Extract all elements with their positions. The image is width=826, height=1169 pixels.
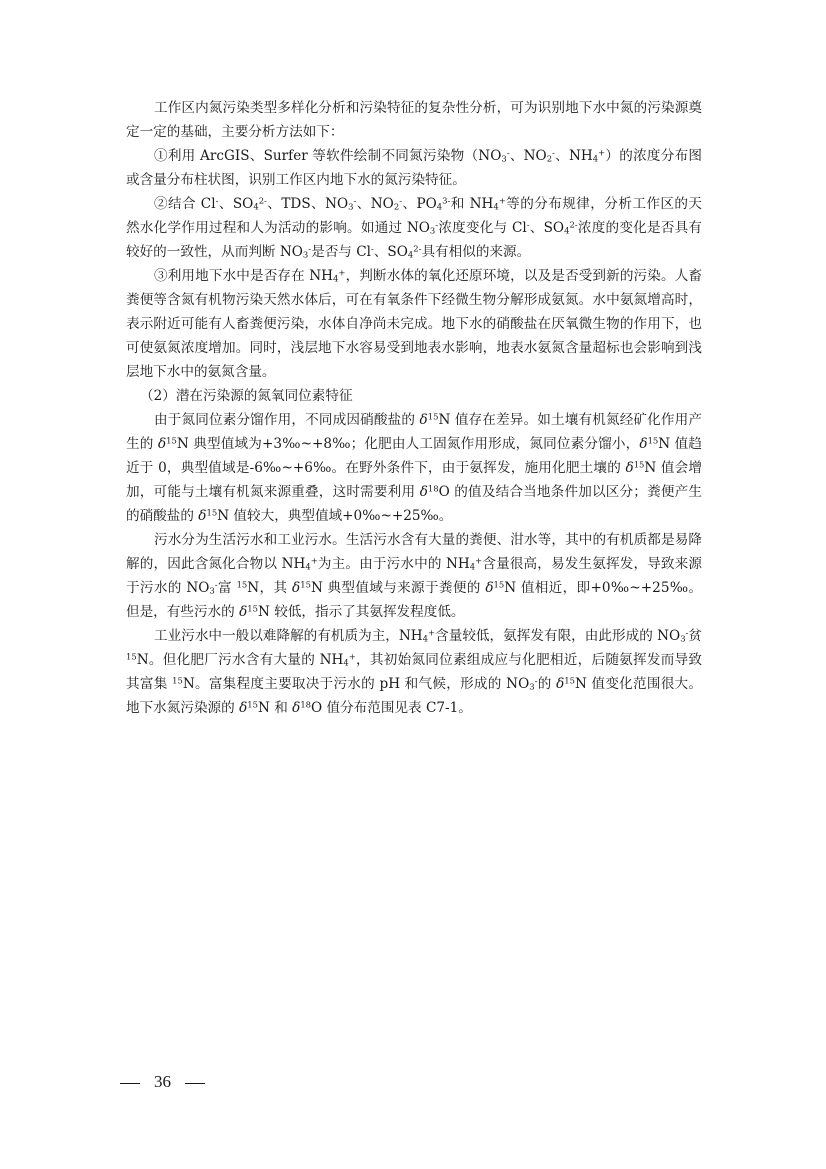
body-text: 工作区内氮污染类型多样化分析和污染特征的复杂性分析，可为识别地下水中氮的污染源奠… xyxy=(126,96,702,720)
text-run: ①利用 ArcGIS、Surfer 等软件绘制不同氮污染物（NO xyxy=(154,148,501,164)
text-run: 是否与 Cl xyxy=(311,244,371,260)
paragraph-isotope-sources: 由于氮同位素分馏作用，不同成因硝酸盐的 δ15N 值存在差异。如土壤有机氮经矿化… xyxy=(126,408,702,528)
superscript: 15 xyxy=(247,603,258,613)
text-run: 浓度变化与 Cl xyxy=(438,220,527,236)
text-run: 、SO xyxy=(218,196,253,212)
superscript: + xyxy=(349,651,356,661)
paragraph-intro: 工作区内氮污染类型多样化分析和污染特征的复杂性分析，可为识别地下水中氮的污染源奠… xyxy=(126,96,702,144)
delta-symbol: δ xyxy=(639,436,647,452)
superscript: 15 xyxy=(237,579,248,589)
text-run: 、PO xyxy=(402,196,437,212)
text-run: O 值分布范围见表 C7-1。 xyxy=(311,700,472,716)
text-run: 工业污水中一般以难降解的有机质为主，NH xyxy=(154,628,423,644)
superscript: 15 xyxy=(300,579,311,589)
text-run: 、SO xyxy=(530,220,565,236)
superscript: 2- xyxy=(259,195,267,205)
text-run: 的 xyxy=(537,676,556,692)
superscript: + xyxy=(499,195,506,205)
text-run: N。富集程度主要取决于污水的 pH 和气候，形成的 NO xyxy=(183,676,529,692)
delta-symbol: δ xyxy=(420,412,428,428)
superscript: 15 xyxy=(166,435,177,445)
text-run: （2）潜在污染源的氮氧同位素特征 xyxy=(140,388,353,404)
footer-dash-left xyxy=(120,1083,140,1084)
text-run: 、NO xyxy=(510,148,547,164)
text-run: 、NH xyxy=(555,148,593,164)
paragraph-method-1: ①利用 ArcGIS、Surfer 等软件绘制不同氮污染物（NO3-、NO2-、… xyxy=(126,144,702,192)
text-run: 和 NH xyxy=(450,196,493,212)
superscript: 18 xyxy=(428,483,439,493)
superscript: 15 xyxy=(172,675,183,685)
footer-dash-right xyxy=(185,1083,205,1084)
text-run: 、TDS、NO xyxy=(267,196,348,212)
text-run: 为主。由于污水中的 NH xyxy=(318,556,470,572)
paragraph-method-2: ②结合 Cl-、SO42-、TDS、NO3-、NO2-、PO43-和 NH4+等… xyxy=(126,192,702,264)
text-run: 贫 xyxy=(688,628,702,644)
text-run: N。但化肥厂污水含有大量的 NH xyxy=(137,652,344,668)
delta-symbol: δ xyxy=(626,460,634,476)
superscript: + xyxy=(311,555,318,565)
delta-symbol: δ xyxy=(420,484,428,500)
text-run: ③利用地下水中是否存在 NH xyxy=(154,268,333,284)
text-run: 、NO xyxy=(356,196,393,212)
text-run: N 典型值域与来源于粪便的 xyxy=(311,580,485,596)
text-run: 由于氮同位素分馏作用，不同成因硝酸盐的 xyxy=(154,412,420,428)
paragraph-industrial: 工业污水中一般以难降解的有机质为主，NH4+含量较低，氨挥发有限，由此形成的 N… xyxy=(126,624,702,720)
superscript: 18 xyxy=(300,699,311,709)
text-run: 、SO xyxy=(374,244,408,260)
superscript: 15 xyxy=(564,675,575,685)
paragraph-sewage: 污水分为生活污水和工业污水。生活污水含有大量的粪便、泔水等，其中的有机质都是易降… xyxy=(126,528,702,624)
superscript: 15 xyxy=(428,411,439,421)
text-run: 工作区内氮污染类型多样化分析和污染特征的复杂性分析，可为识别地下水中氮的污染源奠… xyxy=(126,100,702,140)
superscript: 15 xyxy=(126,651,137,661)
superscript: 15 xyxy=(247,699,258,709)
text-run: N 值较大，典型值域+0‰~+25‰。 xyxy=(217,508,452,524)
page-number: 36 xyxy=(154,1072,171,1092)
superscript: 2- xyxy=(569,219,577,229)
text-run: ，判断水体的氧化还原环境，以及是否受到新的污染。人畜粪便等含氮有机物污染天然水体… xyxy=(126,268,702,380)
delta-symbol: δ xyxy=(292,580,300,596)
text-run: ②结合 Cl xyxy=(154,196,216,212)
superscript: 15 xyxy=(648,435,659,445)
text-run: 含量较低，氨挥发有限，由此形成的 NO xyxy=(435,628,680,644)
text-run: 具有相似的来源。 xyxy=(421,244,530,260)
delta-symbol: δ xyxy=(485,580,493,596)
superscript: 15 xyxy=(634,459,645,469)
text-run: N，其 xyxy=(247,580,292,596)
superscript: 15 xyxy=(206,507,217,517)
text-run: N 和 xyxy=(258,700,292,716)
superscript: 15 xyxy=(494,579,505,589)
section-heading: （2）潜在污染源的氮氧同位素特征 xyxy=(126,384,702,408)
text-run: 富 xyxy=(218,580,237,596)
text-run: N 较低，指示了其氨挥发程度低。 xyxy=(258,604,465,620)
delta-symbol: δ xyxy=(158,436,166,452)
page-footer: 36 xyxy=(120,1072,205,1092)
document-page: 工作区内氮污染类型多样化分析和污染特征的复杂性分析，可为识别地下水中氮的污染源奠… xyxy=(126,96,702,720)
text-run: N 典型值域为+3‰~+8‰；化肥由人工固氮作用形成，氮同位素分馏小， xyxy=(177,436,639,452)
paragraph-method-3: ③利用地下水中是否存在 NH4+，判断水体的氧化还原环境，以及是否受到新的污染。… xyxy=(126,264,702,384)
